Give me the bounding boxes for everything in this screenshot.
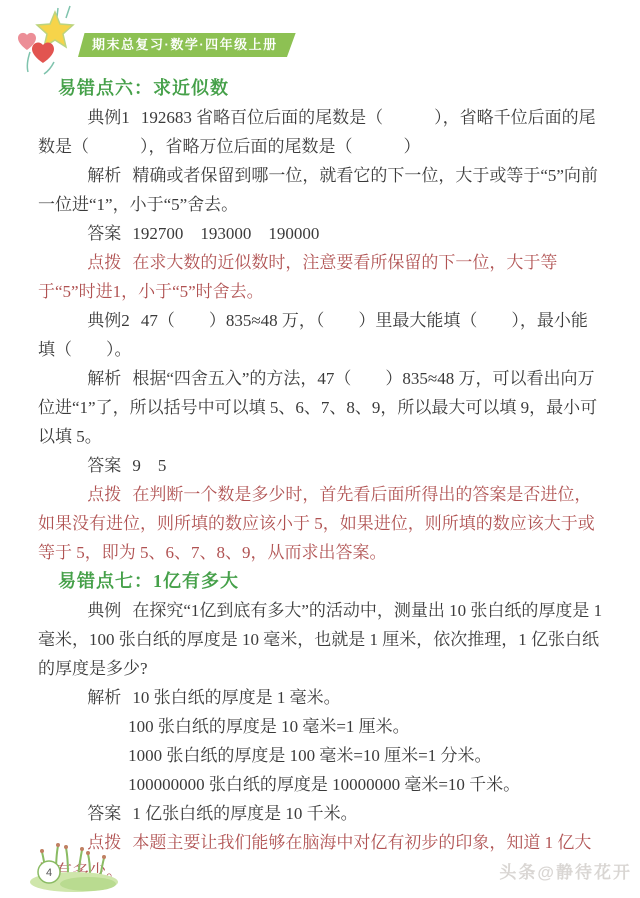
chapter-banner: 期末总复习·数学·四年级上册 <box>78 33 296 57</box>
grass-page-decoration: 4 <box>22 834 126 894</box>
analysis-line: 1000 张白纸的厚度是 100 毫米=10 厘米=1 分米。 <box>38 741 604 770</box>
document-body: 易错点六：求近似数 典例1192683 省略百位后面的尾数是（ ），省略千位后面… <box>38 74 604 886</box>
example-label: 典例1 <box>87 108 130 127</box>
answer-text: 192700 193000 190000 <box>132 224 319 243</box>
analysis-text: 10 张白纸的厚度是 1 毫米。 <box>132 688 340 707</box>
analysis-label: 解析 <box>87 166 121 185</box>
analysis-1-paragraph: 解析精确或者保留到哪一位，就看它的下一位，大于或等于“5”向前一位进“1”，小于… <box>38 161 604 219</box>
balloons-star-icon <box>14 4 80 76</box>
answer-label: 答案 <box>87 224 121 243</box>
example-1-paragraph: 典例1192683 省略百位后面的尾数是（ ），省略千位后面的尾数是（ ），省略… <box>38 103 604 161</box>
answer-label: 答案 <box>87 804 121 823</box>
red-balloon-icon <box>32 42 54 63</box>
tip-text: 在判断一个数是多少时，首先看后面所得出的答案是否进位，如果没有进位，则所填的数应… <box>38 485 595 562</box>
analysis-2-paragraph: 解析根据“四舍五入”的方法，47（ ）835≈48 万，可以看出向万位进“1”了… <box>38 364 604 451</box>
example-label: 典例2 <box>87 311 130 330</box>
analysis-line: 100000000 张白纸的厚度是 10000000 毫米=10 千米。 <box>38 770 604 799</box>
page-header: 期末总复习·数学·四年级上册 <box>0 0 640 76</box>
section-heading-6: 易错点六：求近似数 <box>58 74 604 103</box>
analysis-label: 解析 <box>87 688 121 707</box>
example-2-paragraph: 典例247（ ）835≈48 万，（ ）里最大能填（ ），最小能填（ ）。 <box>38 306 604 364</box>
section-heading-7: 易错点七：1亿有多大 <box>58 567 604 596</box>
example-label: 典例 <box>87 601 121 620</box>
answer-label: 答案 <box>87 456 121 475</box>
answer-text: 9 5 <box>132 456 166 475</box>
answer-paragraph: 答案1 亿张白纸的厚度是 10 千米。 <box>38 799 604 828</box>
analysis-text: 根据“四舍五入”的方法，47（ ）835≈48 万，可以看出向万位进“1”了，所… <box>38 369 597 446</box>
tip-label: 点拨 <box>87 253 121 272</box>
example-paragraph: 典例在探究“1亿到底有多大”的活动中，测量出 10 张白纸的厚度是 1 毫米，1… <box>38 596 604 683</box>
answer-1-paragraph: 答案192700 193000 190000 <box>38 219 604 248</box>
analysis-line: 100 张白纸的厚度是 10 毫米=1 厘米。 <box>38 712 604 741</box>
watermark-text: 头条@静待花开 <box>499 858 632 883</box>
tip-2-paragraph: 点拨在判断一个数是多少时，首先看后面所得出的答案是否进位，如果没有进位，则所填的… <box>38 480 604 567</box>
answer-2-paragraph: 答案9 5 <box>38 451 604 480</box>
analysis-label: 解析 <box>87 369 121 388</box>
answer-text: 1 亿张白纸的厚度是 10 千米。 <box>132 804 357 823</box>
tip-1-paragraph: 点拨在求大数的近似数时，注意要看所保留的下一位，大于等于“5”时进1，小于“5”… <box>38 248 604 306</box>
page-number: 4 <box>46 867 52 879</box>
analysis-paragraph: 解析10 张白纸的厚度是 1 毫米。 <box>38 683 604 712</box>
tip-label: 点拨 <box>87 485 121 504</box>
analysis-text: 精确或者保留到哪一位，就看它的下一位，大于或等于“5”向前一位进“1”，小于“5… <box>38 166 598 214</box>
star-icon <box>37 12 73 47</box>
example-text: 在探究“1亿到底有多大”的活动中，测量出 10 张白纸的厚度是 1 毫米，100… <box>38 601 602 678</box>
